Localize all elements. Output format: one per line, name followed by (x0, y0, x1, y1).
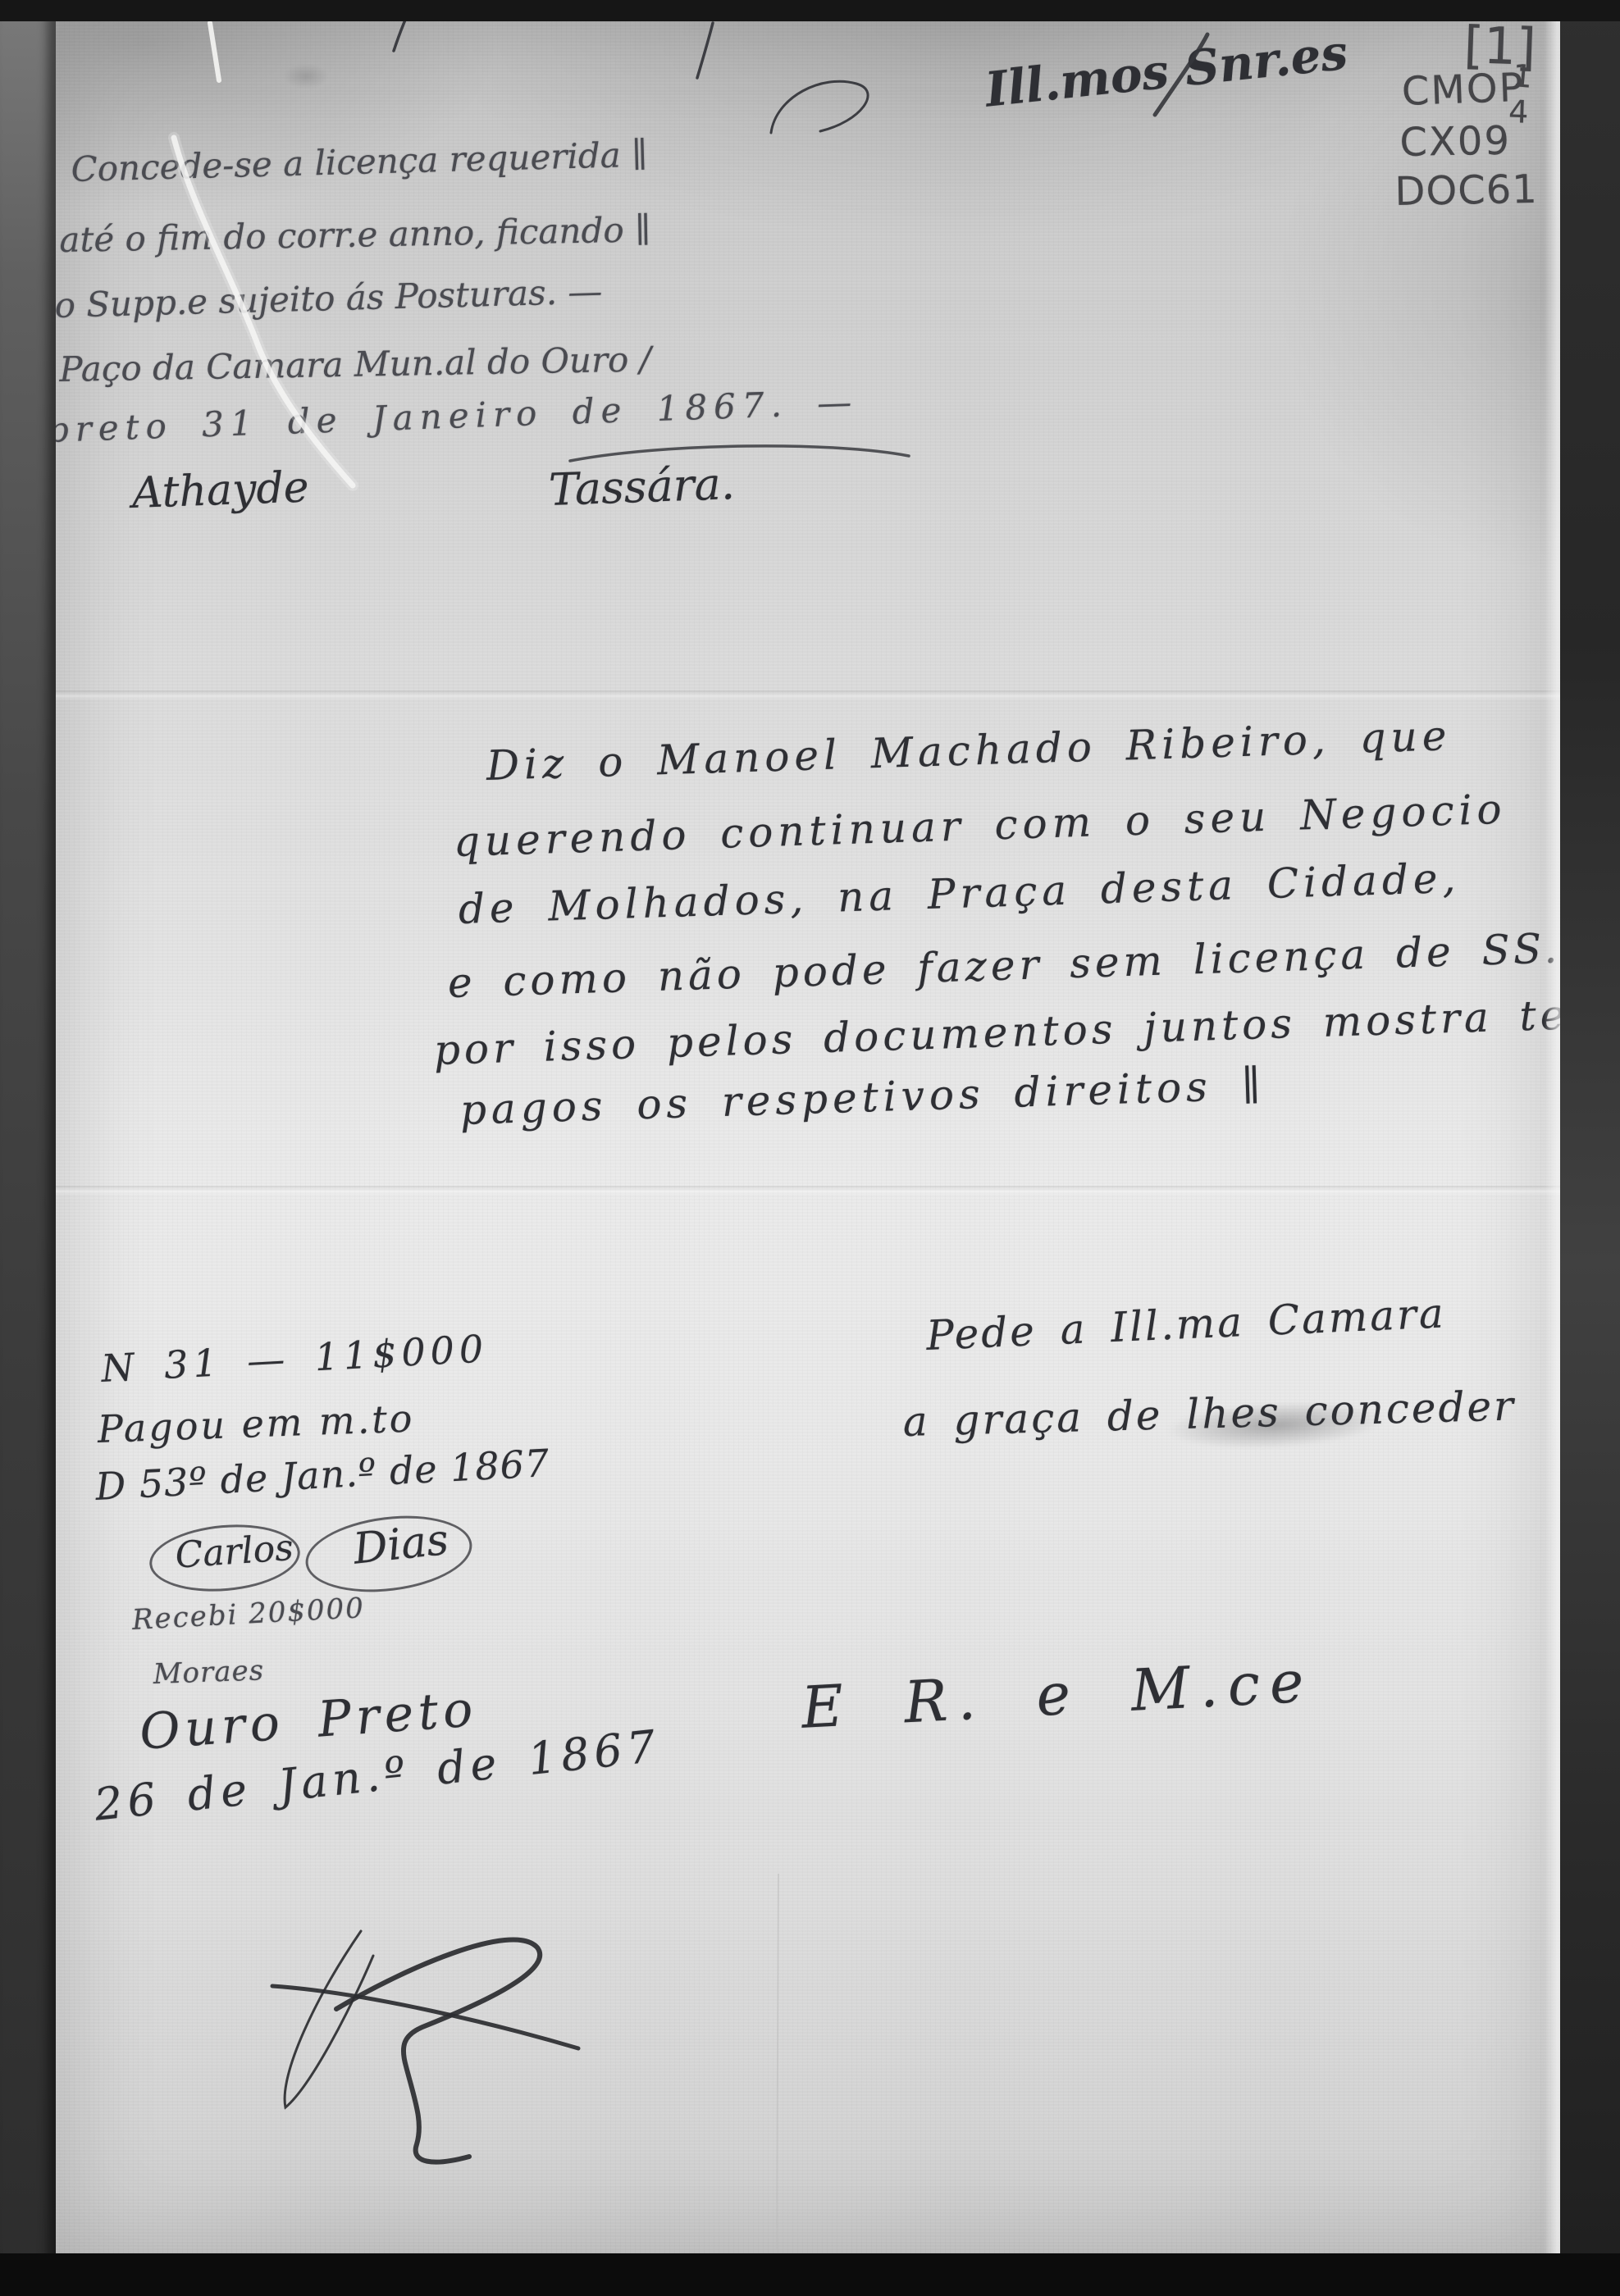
archive-fraction-denominator: 4 (1508, 93, 1529, 130)
archive-fraction-numerator: 1 (1511, 57, 1534, 95)
archive-code-cx: CX09 (1399, 118, 1511, 166)
scanner-top-margin (0, 0, 1620, 21)
scanned-document: [1] CMOP 1 4 CX09 DOC61 Ill.mos Snr.es C… (0, 0, 1620, 2296)
paper-right-edge (1544, 20, 1560, 2253)
scanner-left-margin (0, 0, 56, 2296)
scanner-right-margin (1560, 0, 1620, 2296)
signature-dias: Dias (351, 1515, 451, 1574)
signature-moraes: Moraes (153, 1654, 265, 1691)
ink-blot (283, 64, 329, 89)
horizontal-fold-line (54, 690, 1562, 700)
signature-tassara: Tassára. (548, 458, 736, 516)
signature-carlos: Carlos (174, 1527, 294, 1577)
signature-athayde: Athayde (131, 462, 309, 517)
scanner-bottom-margin (0, 2253, 1620, 2296)
archive-code-cmop: CMOP (1401, 65, 1526, 115)
horizontal-fold-line (54, 1186, 1562, 1196)
archive-code-doc: DOC61 (1394, 166, 1538, 215)
